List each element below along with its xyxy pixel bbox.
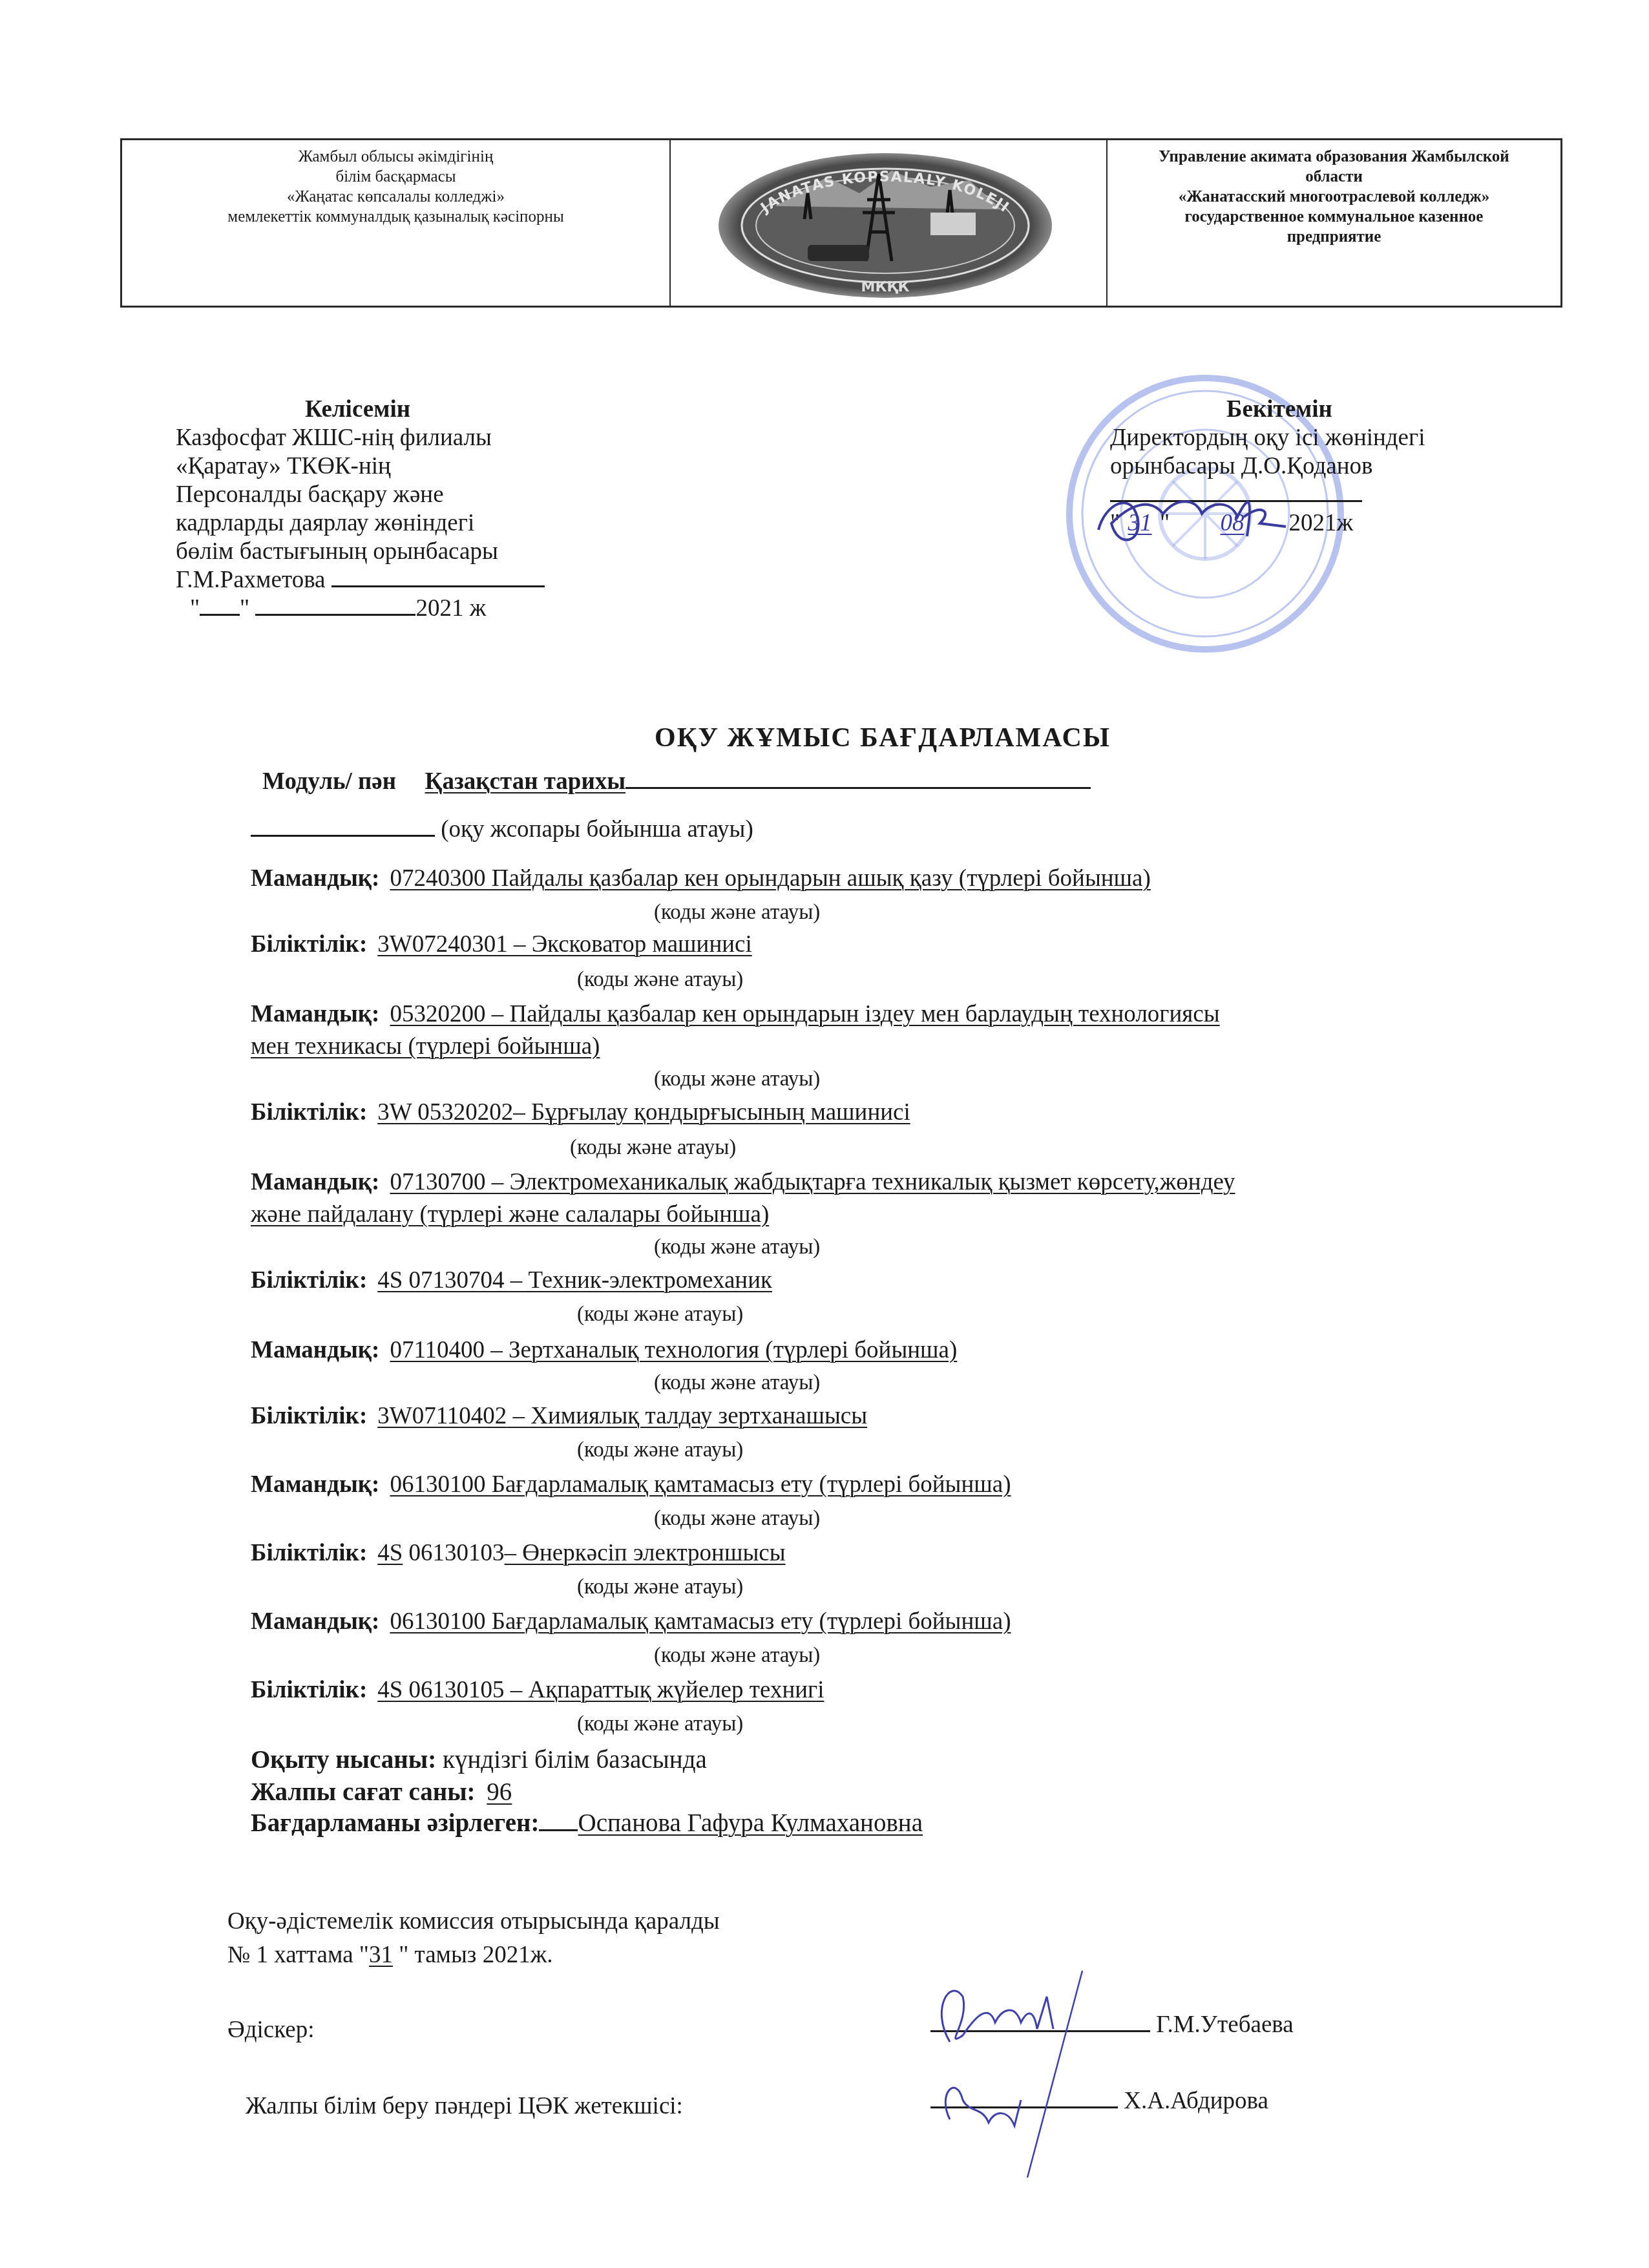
entry-value: 3W07240301 – Эксковатор машинисі xyxy=(377,931,751,958)
agreed-date-line: "" 2021 ж xyxy=(176,594,545,623)
college-emblem-icon: МКҚК JANATAS KOPSALALY KOLEJI xyxy=(698,148,1079,300)
specialty-row: Мамандық:06130100 Бағдарламалық қамтамас… xyxy=(251,1471,1011,1499)
header-left-line: Жамбыл облысы әкімдігінің xyxy=(122,147,669,167)
methodist-name: Г.М.Утебаева xyxy=(1156,2011,1293,2038)
entry-label: Мамандық: xyxy=(251,1471,379,1498)
qualification-row: Біліктілік:3W 05320202– Бұрғылау қондырғ… xyxy=(251,1098,910,1127)
qualification-row: Біліктілік:4S 07130704 – Техник-электром… xyxy=(251,1266,772,1295)
agreed-line: бөлім бастығының орынбасары xyxy=(176,538,545,566)
specialty-row: Мамандық:06130100 Бағдарламалық қамтамас… xyxy=(251,1608,1011,1636)
header-russian-org: Управление акимата образования Жамбылско… xyxy=(1108,140,1560,306)
module-label: Модуль/ пән xyxy=(262,768,396,795)
agreed-name-line: Г.М.Рахметова xyxy=(176,566,545,594)
review-line: Оқу-әдістемелік комиссия отырысында қара… xyxy=(227,1907,720,1936)
module-hint-underline xyxy=(251,831,435,837)
hours-row: Жалпы сағат саны: 96 xyxy=(251,1778,512,1807)
author-underline xyxy=(539,1825,578,1831)
study-form-value: күндізгі білім базасында xyxy=(443,1746,707,1774)
protocol-day: 31 xyxy=(369,1942,393,1968)
study-form-row: Оқыту нысаны: күндізгі білім базасында xyxy=(251,1746,707,1774)
agreed-line: Казфосфат ЖШС-нің филиалы xyxy=(176,424,545,452)
code-hint: (коды және атауы) xyxy=(654,1643,820,1668)
code-hint: (коды және атауы) xyxy=(654,1506,820,1531)
protocol-suffix: " тамыз 2021ж. xyxy=(393,1942,553,1968)
module-underline xyxy=(625,783,1091,789)
entry-value-part: – Өнеркәсіп электроншысы xyxy=(505,1540,786,1566)
header-right-line: области xyxy=(1108,167,1560,187)
qualification-row: Біліктілік:4S 06130105 – Ақпараттық жүйе… xyxy=(251,1676,824,1705)
header-right-line: «Жанатасский многоотраслевой колледж» xyxy=(1108,187,1560,207)
entry-label: Біліктілік: xyxy=(251,1403,367,1429)
code-hint: (коды және атауы) xyxy=(577,1711,743,1737)
entry-value: 4S 07130704 – Техник-электромеханик xyxy=(377,1267,772,1294)
entry-value: 4S 06130105 – Ақпараттық жүйелер технигі xyxy=(377,1677,824,1703)
header-kazakh-org: Жамбыл облысы әкімдігінің білім басқарма… xyxy=(122,140,671,306)
agreed-day-blank[interactable] xyxy=(200,610,240,616)
hours-value: 96 xyxy=(481,1778,512,1806)
hours-label: Жалпы сағат саны: xyxy=(251,1778,476,1806)
entry-value-continued: және пайдалану (түрлері және салалары бо… xyxy=(251,1201,769,1229)
entry-label: Мамандық: xyxy=(251,1608,379,1635)
code-hint: (коды және атауы) xyxy=(654,1370,820,1396)
module-hint: (оқу жсопары бойынша атауы) xyxy=(441,816,753,843)
code-hint: (коды және атауы) xyxy=(570,1135,736,1160)
header-right-line: государственное коммунальное казенное xyxy=(1108,207,1560,227)
entry-value-plain: 06130103 xyxy=(403,1540,504,1566)
code-hint: (коды және атауы) xyxy=(654,1066,820,1092)
entry-label: Мамандық: xyxy=(251,1169,379,1195)
author-value: Оспанова Гафура Кулмахановна xyxy=(578,1809,923,1837)
code-hint: (коды және атауы) xyxy=(577,1437,743,1463)
head-name: Х.А.Абдирова xyxy=(1124,2088,1268,2114)
agreed-line: Персоналды басқару және xyxy=(176,481,545,509)
qualification-row: Біліктілік:4S 06130103– Өнеркәсіп электр… xyxy=(251,1539,786,1568)
agreed-year: 2021 ж xyxy=(415,595,486,622)
qualification-row: Біліктілік:3W07110402 – Химиялық талдау … xyxy=(251,1402,867,1431)
header-left-line: «Жаңатас көпсалалы колледжі» xyxy=(122,187,669,207)
code-hint: (коды және атауы) xyxy=(654,899,820,925)
agreed-block: Келісемін Казфосфат ЖШС-нің филиалы «Қар… xyxy=(176,395,545,623)
specialty-row: Мамандық:05320200 – Пайдалы қазбалар кен… xyxy=(251,1000,1220,1029)
entry-label: Біліктілік: xyxy=(251,1099,367,1126)
protocol-line: № 1 хаттама "31 " тамыз 2021ж. xyxy=(227,1941,553,1969)
header-logo-cell: МКҚК JANATAS KOPSALALY KOLEJI xyxy=(671,140,1108,306)
agreed-signature-blank[interactable] xyxy=(331,582,545,587)
entry-label: Біліктілік: xyxy=(251,1677,367,1703)
study-form-label: Оқыту нысаны: xyxy=(251,1746,436,1774)
module-value: Қазақстан тарихы xyxy=(425,768,626,795)
approved-line: Директордың оқу ісі жөніндегі xyxy=(1110,424,1425,452)
specialty-row: Мамандық:07130700 – Электромеханикалық ж… xyxy=(251,1168,1235,1197)
entry-value: 06130100 Бағдарламалық қамтамасыз ету (т… xyxy=(390,1471,1011,1498)
signature-icon xyxy=(1092,478,1305,556)
code-hint: (коды және атауы) xyxy=(577,967,743,992)
methodist-role: Әдіскер: xyxy=(227,2016,315,2044)
entry-value: 07130700 – Электромеханикалық жабдықтарғ… xyxy=(390,1169,1235,1195)
agreed-title: Келісемін xyxy=(176,395,545,424)
entry-value: 07110400 – Зертханалық технология (түрле… xyxy=(390,1337,957,1363)
entry-value-continued: мен техникасы (түрлері бойынша) xyxy=(251,1033,600,1061)
agreed-month-blank[interactable] xyxy=(255,610,415,616)
entry-label: Біліктілік: xyxy=(251,1540,367,1566)
header-left-line: білім басқармасы xyxy=(122,167,669,187)
code-hint: (коды және атауы) xyxy=(577,1301,743,1327)
code-hint: (коды және атауы) xyxy=(577,1574,743,1600)
document-title: ОҚУ ЖҰМЫС БАҒДАРЛАМАСЫ xyxy=(0,722,1649,753)
code-hint: (коды және атауы) xyxy=(654,1234,820,1260)
module-row: Модуль/ пән Қазақстан тарихы xyxy=(262,768,1091,796)
entry-value: 4S xyxy=(377,1540,403,1566)
entry-value: 05320200 – Пайдалы қазбалар кен орындары… xyxy=(390,1001,1219,1027)
svg-text:МКҚК: МКҚК xyxy=(861,279,910,295)
entry-label: Мамандық: xyxy=(251,1337,379,1363)
entry-value: 3W07110402 xyxy=(377,1403,507,1429)
entry-label: Біліктілік: xyxy=(251,931,367,958)
agreed-line: «Қаратау» ТКӨК-нің xyxy=(176,452,545,481)
author-label: Бағдарламаны әзірлеген: xyxy=(251,1809,539,1837)
specialty-row: Мамандық:07110400 – Зертханалық технолог… xyxy=(251,1336,957,1365)
quote-mark: " xyxy=(240,595,249,622)
entry-value-part: – Химиялық талдау зертханашысы xyxy=(507,1403,867,1429)
agreed-line: кадрларды даярлау жөніндегі xyxy=(176,509,545,538)
agreed-name: Г.М.Рахметова xyxy=(176,567,326,593)
signature-icon xyxy=(924,1958,1144,2184)
entry-value: 3W 05320202– Бұрғылау қондырғысының маши… xyxy=(377,1099,910,1126)
qualification-row: Біліктілік:3W07240301 – Эксковатор машин… xyxy=(251,930,752,959)
specialty-row: Мамандық:07240300 Пайдалы қазбалар кен о… xyxy=(251,865,1151,893)
author-row: Бағдарламаны әзірлеген:Оспанова Гафура К… xyxy=(251,1809,923,1838)
header-right-line: Управление акимата образования Жамбылско… xyxy=(1108,147,1560,167)
header-left-line: мемлекеттік коммуналдық қазыналық кәсіпо… xyxy=(122,207,669,227)
entry-value: 06130100 Бағдарламалық қамтамасыз ету (т… xyxy=(390,1608,1011,1635)
header-right-line: предприятие xyxy=(1108,227,1560,247)
protocol-prefix: № 1 хаттама " xyxy=(227,1942,369,1968)
approved-title: Бекітемін xyxy=(1110,395,1425,424)
head-role: Жалпы білім беру пәндері ЦӘК жетекшісі: xyxy=(246,2092,683,2121)
module-hint-row: (оқу жсопары бойынша атауы) xyxy=(251,815,753,844)
header-table: Жамбыл облысы әкімдігінің білім басқарма… xyxy=(120,138,1562,308)
approved-line: орынбасары Д.О.Қоданов xyxy=(1110,452,1425,481)
entry-label: Мамандық: xyxy=(251,1001,379,1027)
entry-value: 07240300 Пайдалы қазбалар кен орындарын … xyxy=(390,865,1150,892)
entry-label: Мамандық: xyxy=(251,865,379,892)
quote-mark: " xyxy=(190,595,200,622)
entry-label: Біліктілік: xyxy=(251,1267,367,1294)
